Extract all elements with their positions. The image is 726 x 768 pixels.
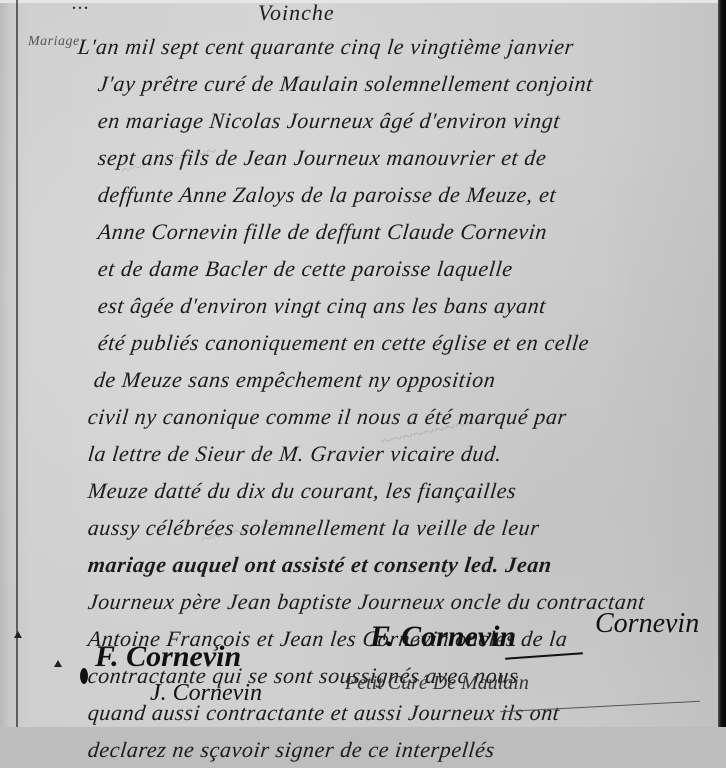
record-line: L'an mil sept cent quarante cinq le ving… — [68, 28, 722, 65]
margin-tick-mark — [54, 660, 62, 667]
signature-f-cornevin-left: F. Cornevin — [95, 640, 241, 674]
record-line: deffunte Anne Zaloys de la paroisse de M… — [68, 176, 722, 213]
record-line: est âgée d'environ vingt cinq ans les ba… — [68, 287, 722, 324]
margin-rule — [16, 0, 18, 727]
page-top-edge — [0, 0, 726, 3]
signature-cure: Petit Curé De Maulain — [345, 672, 529, 695]
header-fragment: ... — [72, 0, 90, 15]
signature-f-cornevin-center: F. Cornevin — [370, 620, 516, 654]
record-line: Meuze datté du dix du courant, les fianç… — [68, 472, 722, 509]
record-line: sept ans fils de Jean Journeux manouvrie… — [68, 139, 722, 176]
record-line: et de dame Bacler de cette paroisse laqu… — [68, 250, 722, 287]
manuscript-page: ~~~~~~~~~ ~~~~~~~~~~ ~~~~~~~~ ... Voinch… — [0, 0, 726, 727]
record-line: J'ay prêtre curé de Maulain solemnelleme… — [68, 65, 722, 102]
ink-blot — [80, 668, 88, 684]
record-line: civil ny canonique comme il nous a été m… — [68, 398, 722, 435]
record-line: la lettre de Sieur de M. Gravier vicaire… — [68, 435, 722, 472]
record-line: de Meuze sans empêchement ny opposition — [68, 361, 722, 398]
record-line: en mariage Nicolas Journeux âgé d'enviro… — [68, 102, 722, 139]
record-line: aussy célébrées solemnellement la veille… — [68, 509, 722, 546]
signature-j-cornevin: J. Cornevin — [150, 680, 262, 707]
record-line: été publiés canoniquement en cette églis… — [68, 324, 722, 361]
record-line: mariage auquel ont assisté et consenty l… — [68, 546, 722, 583]
header-title: Voinche — [258, 0, 335, 26]
margin-tick-mark — [14, 631, 22, 638]
record-line: Anne Cornevin fille de deffunt Claude Co… — [68, 213, 722, 250]
signature-cornevin-right: Cornevin — [595, 608, 699, 640]
